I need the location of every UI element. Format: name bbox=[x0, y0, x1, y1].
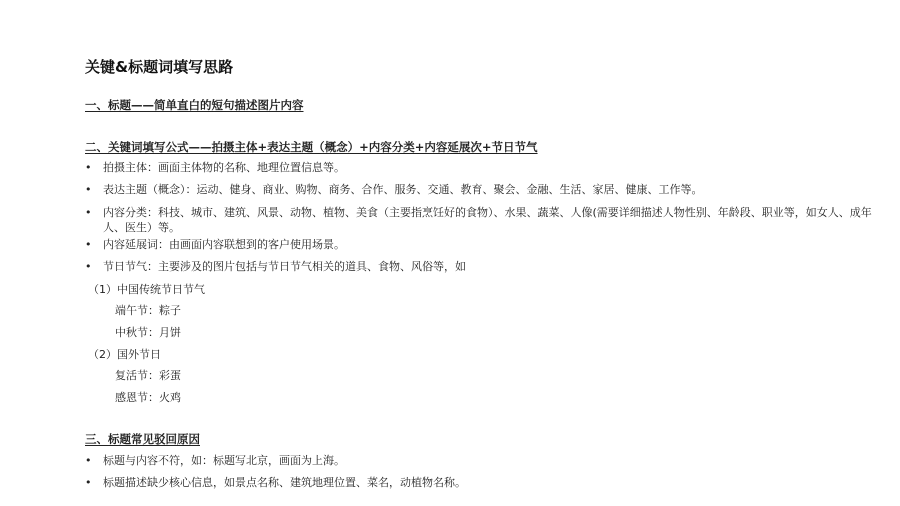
festival-item: 端午节：粽子 bbox=[115, 302, 181, 318]
bullet-icon: • bbox=[85, 475, 95, 490]
bullet-item: • 内容分类：科技、城市、建筑、风景、动物、植物、美食（主要指烹饪好的食物）、水… bbox=[85, 205, 883, 235]
section-heading-keywords: 二、关键词填写公式——拍摄主体+表达主题（概念）+内容分类+内容延展次+节日节气 bbox=[85, 139, 538, 155]
bullet-text: 标题描述缺少核心信息，如景点名称、建筑地理位置、菜名，动植物名称。 bbox=[103, 475, 883, 490]
section-heading-rejection: 三、标题常见驳回原因 bbox=[85, 431, 200, 447]
bullet-icon: • bbox=[85, 453, 95, 468]
bullet-item: • 标题描述缺少核心信息，如景点名称、建筑地理位置、菜名，动植物名称。 bbox=[85, 475, 883, 490]
bullet-text: 表达主题（概念）：运动、健身、商业、购物、商务、合作、服务、交通、教育、聚会、金… bbox=[103, 182, 883, 197]
bullet-item: • 节日节气：主要涉及的图片包括与节日节气相关的道具、食物、风俗等，如 bbox=[85, 259, 883, 274]
document-page: 关键&标题词填写思路 一、标题——简单直白的短句描述图片内容 二、关键词填写公式… bbox=[0, 0, 900, 506]
festival-group-label: （1）中国传统节日节气 bbox=[88, 281, 205, 297]
festival-item: 感恩节：火鸡 bbox=[115, 389, 181, 405]
festival-item: 中秋节：月饼 bbox=[115, 324, 181, 340]
bullet-text: 标题与内容不符，如：标题写北京，画面为上海。 bbox=[103, 453, 883, 468]
section-heading-title: 一、标题——简单直白的短句描述图片内容 bbox=[85, 97, 304, 113]
bullet-text: 内容分类：科技、城市、建筑、风景、动物、植物、美食（主要指烹饪好的食物）、水果、… bbox=[103, 205, 883, 235]
bullet-item: • 表达主题（概念）：运动、健身、商业、购物、商务、合作、服务、交通、教育、聚会… bbox=[85, 182, 883, 197]
bullet-item: • 拍摄主体：画面主体物的名称、地理位置信息等。 bbox=[85, 160, 883, 175]
bullet-text: 拍摄主体：画面主体物的名称、地理位置信息等。 bbox=[103, 160, 883, 175]
bullet-text: 内容延展词：由画面内容联想到的客户使用场景。 bbox=[103, 237, 883, 252]
bullet-icon: • bbox=[85, 237, 95, 252]
bullet-icon: • bbox=[85, 205, 95, 220]
bullet-icon: • bbox=[85, 160, 95, 175]
bullet-text: 节日节气：主要涉及的图片包括与节日节气相关的道具、食物、风俗等，如 bbox=[103, 259, 883, 274]
bullet-item: • 内容延展词：由画面内容联想到的客户使用场景。 bbox=[85, 237, 883, 252]
bullet-icon: • bbox=[85, 182, 95, 197]
document-title: 关键&标题词填写思路 bbox=[85, 56, 233, 77]
bullet-item: • 标题与内容不符，如：标题写北京，画面为上海。 bbox=[85, 453, 883, 468]
festival-group-label: （2）国外节日 bbox=[88, 346, 161, 362]
bullet-icon: • bbox=[85, 259, 95, 274]
festival-item: 复活节：彩蛋 bbox=[115, 367, 181, 383]
